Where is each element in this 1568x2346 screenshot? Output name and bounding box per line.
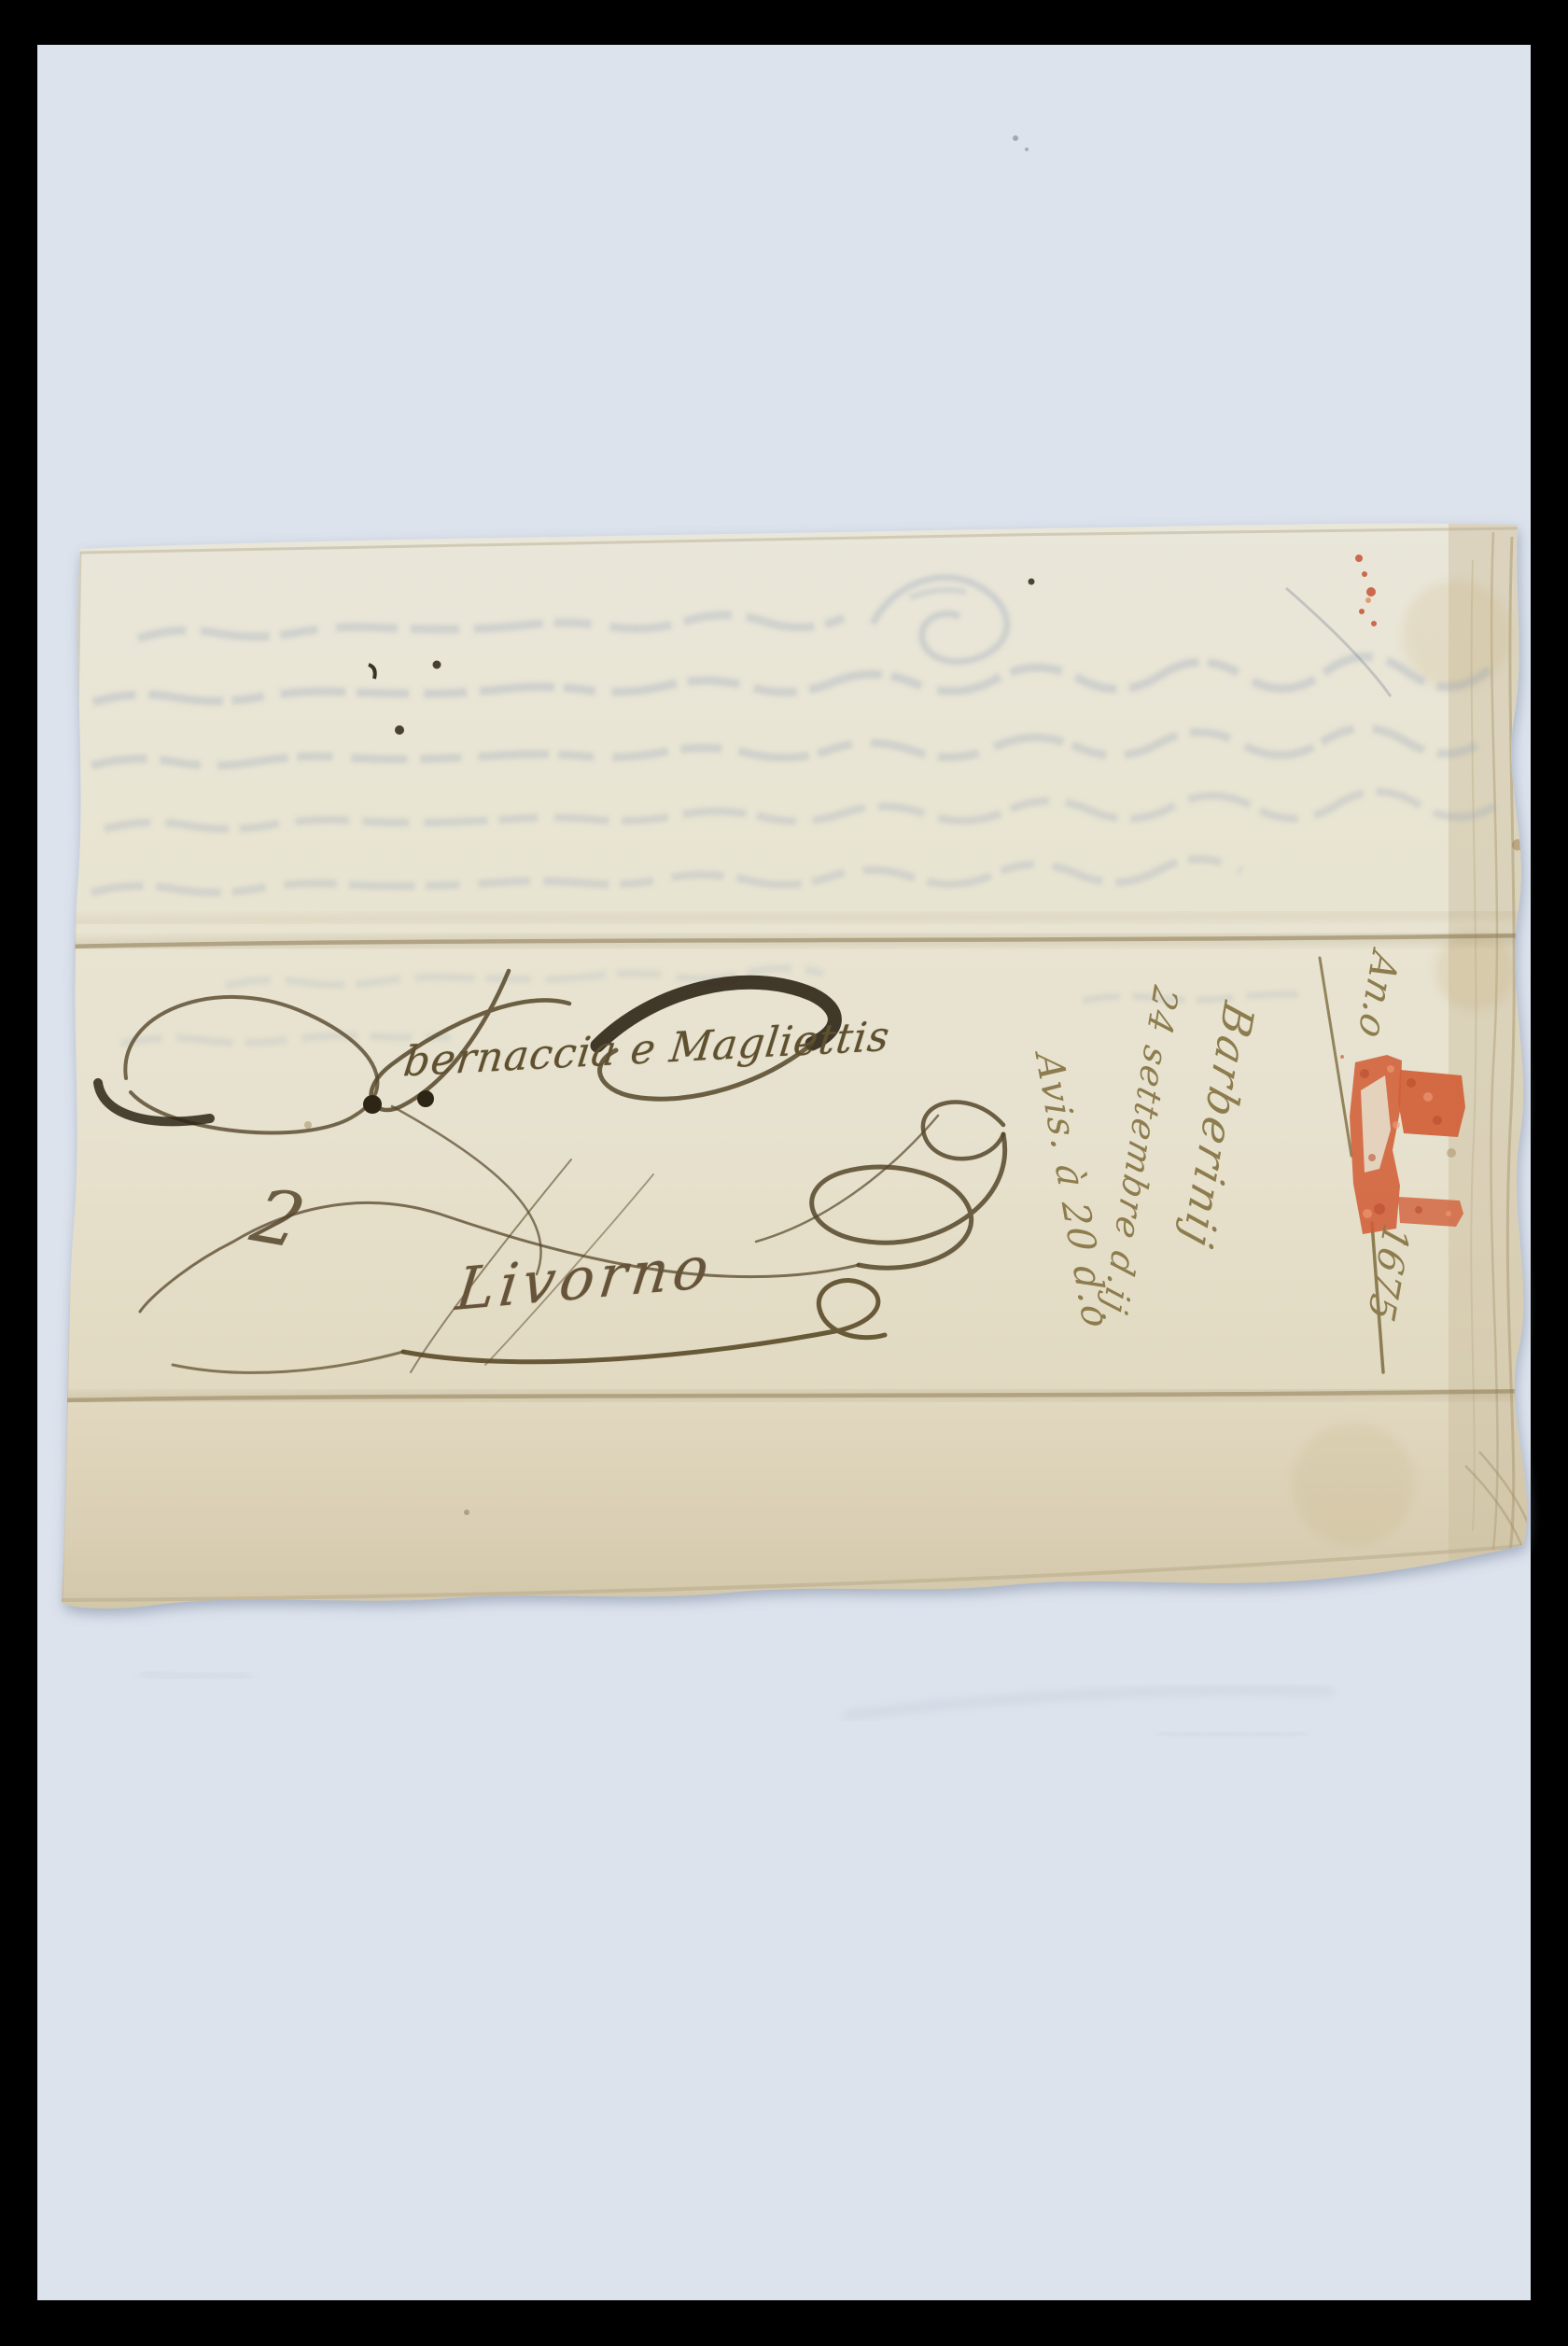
paper-artwork	[0, 0, 1568, 2346]
paper-stain	[1402, 581, 1510, 689]
scanned-letter-page: bernaccia e Magliettis Livorno 2 An.o 16…	[0, 0, 1568, 2346]
